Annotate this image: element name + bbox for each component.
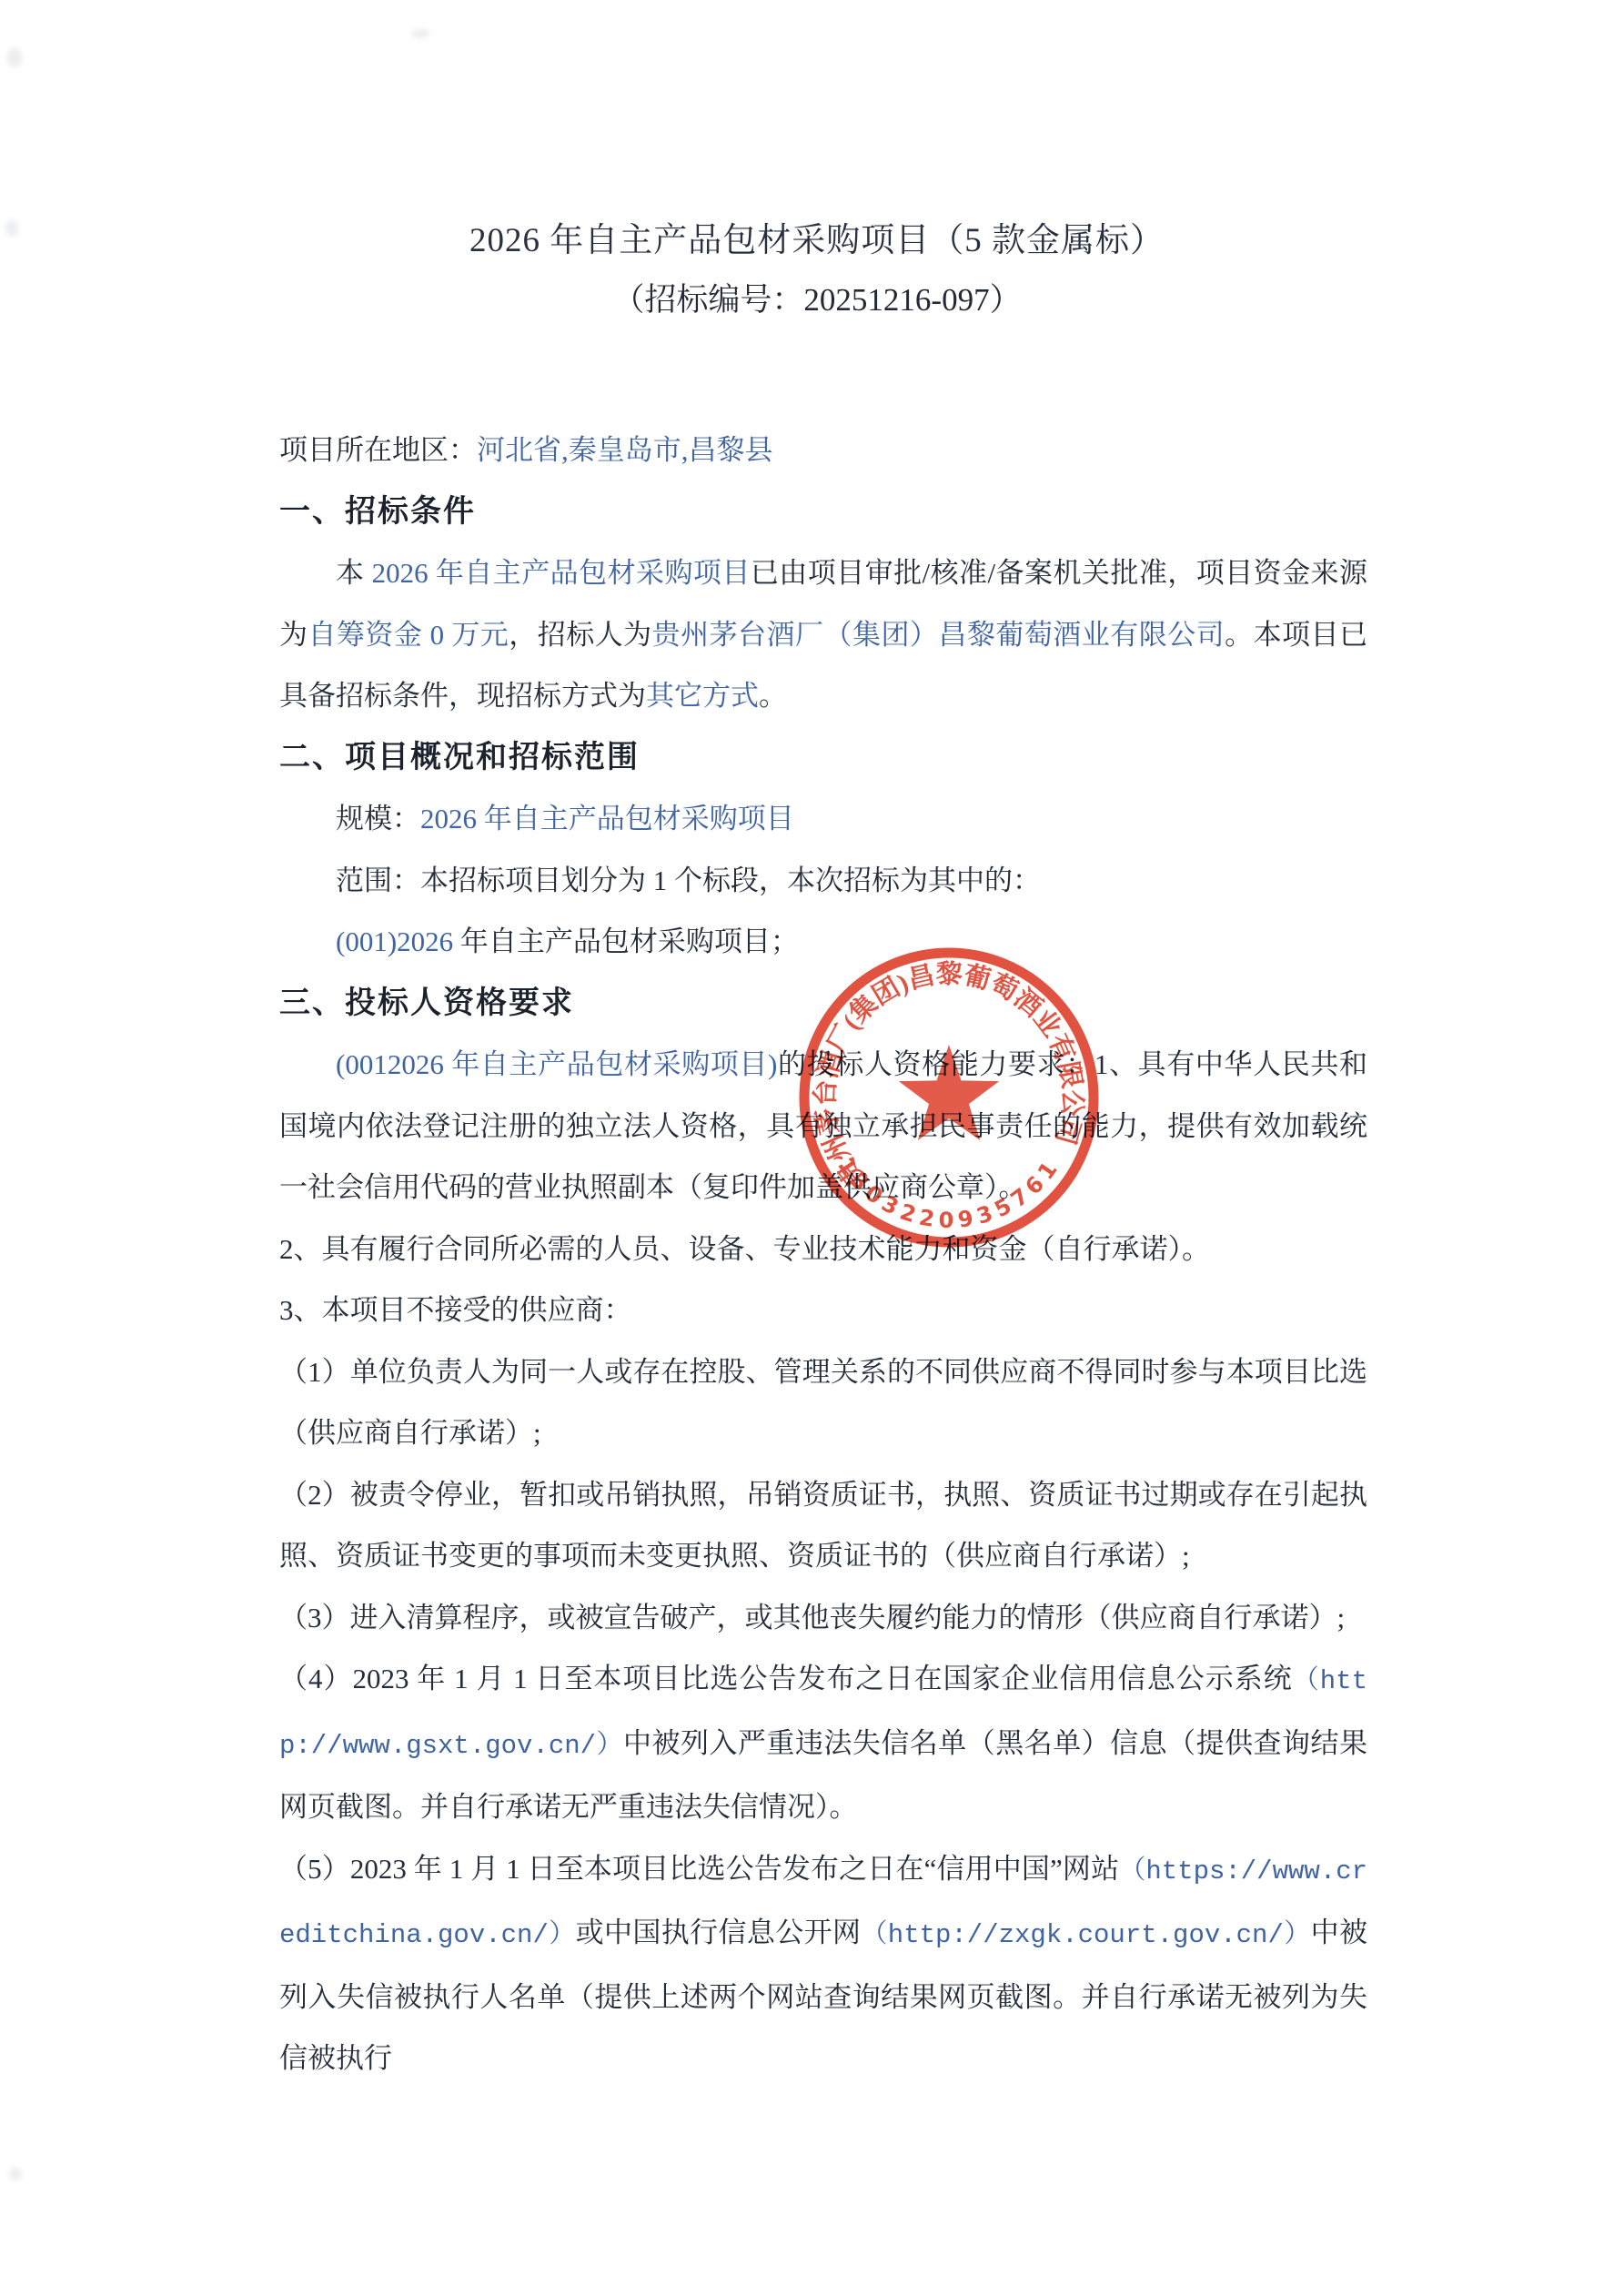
text-segment: （http://zxgk.court.gov.cn/） xyxy=(861,1920,1310,1950)
text-segment: （5）2023 年 1 月 1 日至本项目比选公告发布之日在“信用中国”网站 xyxy=(279,1853,1119,1885)
scan-artifact xyxy=(7,47,22,67)
text-segment: 范围：本招标项目划分为 1 个标段，本次招标为其中的： xyxy=(336,865,1041,896)
text-segment: 自筹资金 0 万元 xyxy=(308,619,509,651)
section-heading: 一、招标条件 xyxy=(279,481,1367,543)
text-segment: 项目所在地区： xyxy=(279,434,477,466)
paragraph: （5）2023 年 1 月 1 日至本项目比选公告发布之日在“信用中国”网站（h… xyxy=(279,1838,1367,2089)
text-segment: （1）单位负责人为同一人或存在控股、管理关系的不同供应商不得同时参与本项目比选（… xyxy=(279,1356,1367,1450)
text-segment: 3、本项目不接受的供应商： xyxy=(279,1294,632,1326)
text-segment: 或中国执行信息公开网 xyxy=(576,1917,862,1948)
paragraph: 本 2026 年自主产品包材采购项目已由项目审批/核准/备案机关批准，项目资金来… xyxy=(279,542,1367,727)
text-segment: 贵州茅台酒厂（集团）昌黎葡萄酒业有限公司 xyxy=(652,619,1225,651)
tender-number: （招标编号：20251216-097） xyxy=(269,270,1365,329)
text-segment: (0012026 年自主产品包材采购项目) xyxy=(336,1048,777,1080)
text-segment: 。 xyxy=(759,680,787,712)
paragraph: （4）2023 年 1 月 1 日至本项目比选公告发布之日在国家企业信用信息公示… xyxy=(279,1648,1367,1838)
paragraph: （2）被责令停业，暂扣或吊销执照，吊销资质证书，执照、资质证书过期或存在引起执照… xyxy=(279,1464,1367,1587)
scan-artifact xyxy=(411,29,429,38)
text-segment: ，招标人为 xyxy=(509,619,651,651)
paragraph: （3）进入清算程序，或被宣告破产，或其他丧失履约能力的情形（供应商自行承诺）; xyxy=(279,1587,1367,1649)
document-page: 2026 年自主产品包材采购项目（5 款金属标） （招标编号：20251216-… xyxy=(0,0,1624,2296)
paragraph: 规模：2026 年自主产品包材采购项目 xyxy=(279,788,1367,850)
text-segment: (001)2026 xyxy=(336,925,453,957)
text-segment: 规模： xyxy=(336,803,420,834)
paragraph: (0012026 年自主产品包材采购项目)的投标人资格能力要求：1、具有中华人民… xyxy=(279,1034,1367,1219)
paragraph: (001)2026 年自主产品包材采购项目； xyxy=(279,911,1367,973)
text-segment: 本 xyxy=(336,557,372,589)
info-line: 项目所在地区：河北省,秦皇岛市,昌黎县 xyxy=(279,420,1367,481)
paragraph: 2、具有履行合同所必需的人员、设备、专业技术能力和资金（自行承诺）。 xyxy=(279,1219,1367,1280)
paragraph: （1）单位负责人为同一人或存在控股、管理关系的不同供应商不得同时参与本项目比选（… xyxy=(279,1341,1367,1464)
paragraph: 范围：本招标项目划分为 1 个标段，本次招标为其中的： xyxy=(279,850,1367,912)
text-segment: 2026 年自主产品包材采购项目 xyxy=(372,557,751,589)
text-segment: 2026 年自主产品包材采购项目 xyxy=(420,803,794,834)
section-heading: 三、投标人资格要求 xyxy=(279,973,1367,1035)
section-heading: 二、项目概况和招标范围 xyxy=(279,727,1367,789)
text-segment: 年自主产品包材采购项目； xyxy=(453,925,799,957)
paragraph: 3、本项目不接受的供应商： xyxy=(279,1279,1367,1341)
document-title-block: 2026 年自主产品包材采购项目（5 款金属标） （招标编号：20251216-… xyxy=(269,211,1365,329)
scan-artifact xyxy=(5,220,18,237)
document-body: 项目所在地区：河北省,秦皇岛市,昌黎县一、招标条件本 2026 年自主产品包材采… xyxy=(279,420,1367,2089)
text-segment: 其它方式 xyxy=(646,680,759,712)
text-segment: 2、具有履行合同所必需的人员、设备、专业技术能力和资金（自行承诺）。 xyxy=(279,1233,1210,1265)
text-segment: （2）被责令停业，暂扣或吊销执照，吊销资质证书，执照、资质证书过期或存在引起执照… xyxy=(279,1479,1367,1573)
document-title: 2026 年自主产品包材采购项目（5 款金属标） xyxy=(269,211,1365,270)
text-segment: （4）2023 年 1 月 1 日至本项目比选公告发布之日在国家企业信用信息公示… xyxy=(279,1663,1293,1694)
scan-artifact xyxy=(9,2168,22,2180)
text-segment: 河北省,秦皇岛市,昌黎县 xyxy=(477,434,773,466)
text-segment: （3）进入清算程序，或被宣告破产，或其他丧失履约能力的情形（供应商自行承诺）; xyxy=(279,1602,1345,1633)
